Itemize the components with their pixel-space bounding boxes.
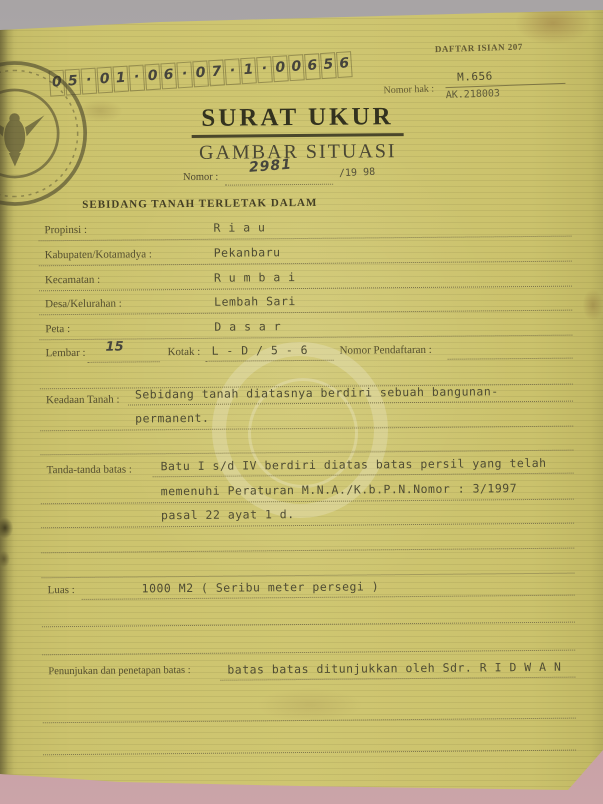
nomor-year-suffix: /19 98 (339, 167, 376, 180)
field-row-tanda-batas: Tanda-tanda batas : Batu I s/d IV berdir… (40, 454, 573, 479)
kotak-dotted-line (206, 359, 334, 362)
photo-of-document: DAFTAR ISIAN 207 05·01·06·07·1·00656 (0, 0, 603, 804)
penunjukan-value: batas batas ditunjukkan oleh Sdr. R I D … (227, 660, 561, 677)
code-box-cell: 6 (304, 53, 321, 80)
field-row-propinsi: Propinsi : R i a u (38, 216, 571, 242)
blank-dotted-line (43, 730, 576, 756)
lembar-label: Lembar : (46, 347, 86, 359)
field-row-desa: Desa/Kelurahan : Lembah Sari (39, 290, 572, 316)
code-box-cell: 1 (240, 57, 257, 84)
paper-sheet: DAFTAR ISIAN 207 05·01·06·07·1·00656 (0, 0, 603, 804)
keadaan-tanah-line2: permanent. (135, 411, 209, 426)
nomor-label: Nomor : (183, 172, 218, 183)
section-heading: SEBIDANG TANAH TERLETAK DALAM (82, 197, 317, 211)
field-row-tanda-batas-3: pasal 22 ayat 1 d. (41, 503, 574, 529)
desa-value: Lembah Sari (214, 294, 296, 309)
tanda-batas-line2: memenuhi Peraturan M.N.A./K.b.P.N.Nomor … (161, 481, 517, 498)
code-box-cell: 0 (288, 54, 305, 81)
kabupaten-label: Kabupaten/Kotamadya : (45, 248, 152, 261)
penunjukan-label: Penunjukan dan penetapan batas : (48, 665, 190, 677)
document-content: DAFTAR ISIAN 207 05·01·06·07·1·00656 (0, 0, 603, 804)
kecamatan-value: R u m b a i (214, 270, 296, 285)
title-underline (192, 133, 404, 138)
blank-dotted-line (42, 602, 575, 628)
luas-value: 1000 M2 ( Seribu meter persegi ) (142, 579, 380, 595)
keadaan-tanah-label: Keadaan Tanah : (46, 394, 120, 407)
propinsi-value: R i a u (213, 220, 265, 234)
nomor-line: Nomor : 2981 /19 98 (183, 167, 403, 187)
code-box-cell: 6 (336, 51, 353, 78)
peta-value: D a s a r (214, 319, 281, 334)
code-box-cell: 0 (97, 67, 114, 94)
code-box-cell: 0 (144, 64, 161, 91)
code-box-cell: 0 (192, 60, 209, 87)
blank-dotted-line (41, 528, 574, 554)
field-row-keadaan-tanah-2: permanent. (40, 406, 573, 432)
code-box-cell: 0 (272, 55, 289, 82)
blank-dotted-line (41, 553, 574, 579)
field-row-kecamatan: Kecamatan : R u m b a i (39, 266, 572, 292)
blank-dotted-line (43, 698, 576, 724)
tanda-batas-label: Tanda-tanda batas : (47, 463, 132, 476)
garuda-eagle-icon (0, 113, 45, 167)
code-box-cell: 5 (320, 52, 337, 79)
nomor-hak-label: Nomor hak : (383, 83, 453, 96)
code-box-cell: 6 (160, 63, 177, 90)
field-row-tanda-batas-2: memenuhi Peraturan M.N.A./K.b.P.N.Nomor … (41, 479, 574, 505)
nomor-pendaftaran-label: Nomor Pendaftaran : (340, 344, 432, 357)
tanda-batas-line3: pasal 22 ayat 1 d. (161, 507, 295, 522)
kotak-value: L - D / 5 - 6 (211, 343, 308, 358)
kecamatan-label: Kecamatan : (45, 274, 100, 286)
field-row-luas: Luas : 1000 M2 ( Seribu meter persegi ) (42, 576, 575, 601)
peta-label: Peta : (45, 323, 70, 335)
code-box-cell: 1 (112, 66, 129, 93)
field-row-peta: Peta : D a s a r (39, 315, 572, 341)
nomor-hak-value: M.656 (457, 67, 567, 84)
document-subtitle: GAMBAR SITUASI (148, 140, 448, 166)
keadaan-tanah-line1: Sebidang tanah diatasnya berdiri sebuah … (135, 384, 499, 401)
field-row-keadaan-tanah: Keadaan Tanah : Sebidang tanah diatasnya… (40, 382, 573, 407)
lembar-dotted-line (88, 360, 160, 363)
propinsi-label: Propinsi : (44, 224, 87, 236)
code-box-cell: · (256, 56, 273, 83)
field-row-kabupaten: Kabupaten/Kotamadya : Pekanbaru (39, 241, 572, 267)
title-block: SURAT UKUR GAMBAR SITUASI (147, 103, 448, 166)
nomor-handwritten-value: 2981 (248, 157, 292, 176)
official-seal-stamp (0, 58, 90, 209)
luas-label: Luas : (48, 584, 75, 596)
code-box-cell: · (224, 58, 241, 85)
field-row-lembar-kotak: Lembar : 15 Kotak : L - D / 5 - 6 Nomor … (39, 339, 572, 364)
nomor-hak-value-secondary: AK.218003 (446, 86, 566, 101)
code-box-cell: · (176, 61, 193, 88)
lembar-handwritten-value: 15 (105, 340, 123, 355)
field-row-penunjukan: Penunjukan dan penetapan batas : batas b… (42, 658, 575, 683)
blank-dotted-line (42, 630, 575, 656)
penunjukan-dotted-line (220, 676, 575, 681)
code-box-cell: 7 (208, 59, 225, 86)
kabupaten-value: Pekanbaru (214, 245, 281, 260)
desa-label: Desa/Kelurahan : (45, 298, 122, 311)
blank-dotted-line (40, 430, 573, 456)
daftar-isian-label: DAFTAR ISIAN 207 (435, 40, 565, 54)
document-title: SURAT UKUR (147, 103, 447, 134)
code-box-cell: · (128, 65, 145, 92)
kotak-label: Kotak : (168, 346, 201, 358)
nomor-pendaftaran-dotted-line (448, 357, 573, 360)
handwritten-code-boxes: 05·01·06·07·1·00656 (49, 51, 354, 97)
tanda-batas-line1: Batu I s/d IV berdiri diatas batas persi… (160, 456, 546, 473)
